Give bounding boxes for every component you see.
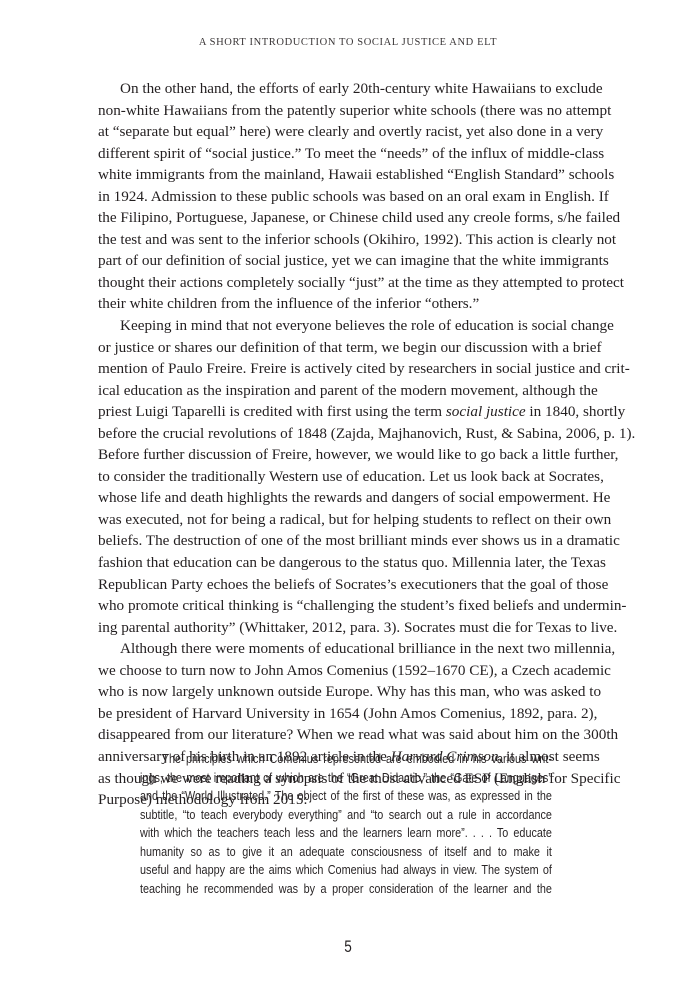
paragraph-2: Keeping in mind that not everyone believ… (98, 315, 590, 638)
text-line: fashion that education can be dangerous … (98, 552, 590, 574)
text-line: Before further discussion of Freire, how… (98, 444, 590, 466)
quote-line: ings, the most important of which are th… (140, 769, 552, 788)
text-line: or justice or shares our definition of t… (98, 337, 590, 359)
quote-line: The principles which Comenius represente… (140, 750, 552, 769)
text-line: different spirit of “social justice.” To… (98, 143, 590, 165)
quote-line: with which the teachers teach less and t… (140, 824, 552, 843)
quote-line: and the “World Illustrated.” The object … (140, 787, 552, 806)
text-line: part of our definition of social justice… (98, 250, 590, 272)
text-line: we choose to turn now to John Amos Comen… (98, 660, 590, 682)
book-page: A SHORT INTRODUCTION TO SOCIAL JUSTICE A… (0, 0, 696, 996)
text-line: Although there were moments of education… (98, 638, 590, 660)
text-line: the test and was sent to the inferior sc… (98, 229, 590, 251)
text-line: mention of Paulo Freire. Freire is activ… (98, 358, 590, 380)
text-line: thought their actions completely sociall… (98, 272, 590, 294)
text-line: who is now largely unknown outside Europ… (98, 681, 590, 703)
block-quote: The principles which Comenius represente… (140, 750, 552, 898)
text-line: ing parental authority” (Whittaker, 2012… (98, 617, 590, 639)
text-line: in 1924. Admission to these public schoo… (98, 186, 590, 208)
text-line: ical education as the inspiration and pa… (98, 380, 590, 402)
text-line: be president of Harvard University in 16… (98, 703, 590, 725)
text-line: Republican Party echoes the beliefs of S… (98, 574, 590, 596)
text-line: before the crucial revolutions of 1848 (… (98, 423, 590, 445)
running-head: A SHORT INTRODUCTION TO SOCIAL JUSTICE A… (0, 37, 696, 48)
text-line: beliefs. The destruction of one of the m… (98, 530, 590, 552)
paragraph-1: On the other hand, the efforts of early … (98, 78, 590, 315)
text-line: who promote critical thinking is “challe… (98, 595, 590, 617)
text-line: the Filipino, Portuguese, Japanese, or C… (98, 207, 590, 229)
page-number: 5 (70, 937, 627, 957)
text-line: white immigrants from the mainland, Hawa… (98, 164, 590, 186)
text-line-with-italic: priest Luigi Taparelli is credited with … (98, 401, 590, 423)
quote-line: subtitle, “to teach everybody everything… (140, 806, 552, 825)
body-text: On the other hand, the efforts of early … (98, 78, 590, 811)
text-line: was executed, not for being a radical, b… (98, 509, 590, 531)
quote-line: humanity so as to give it an adequate co… (140, 843, 552, 862)
text-line: their white children from the influence … (98, 293, 590, 315)
quote-line: teaching he recommended was by a proper … (140, 880, 552, 899)
text-line: at “separate but equal” here) were clear… (98, 121, 590, 143)
text-line: On the other hand, the efforts of early … (98, 78, 590, 100)
text-line: whose life and death highlights the rewa… (98, 487, 590, 509)
text-line: non-white Hawaiians from the patently su… (98, 100, 590, 122)
italic-term: social justice (446, 403, 526, 420)
text-line: Keeping in mind that not everyone believ… (98, 315, 590, 337)
text-line: disappeared from our literature? When we… (98, 724, 590, 746)
text-line: to consider the traditionally Western us… (98, 466, 590, 488)
text-run: in 1840, shortly (526, 403, 626, 420)
quote-line: useful and happy are the aims which Come… (140, 861, 552, 880)
text-run: priest Luigi Taparelli is credited with … (98, 403, 446, 420)
